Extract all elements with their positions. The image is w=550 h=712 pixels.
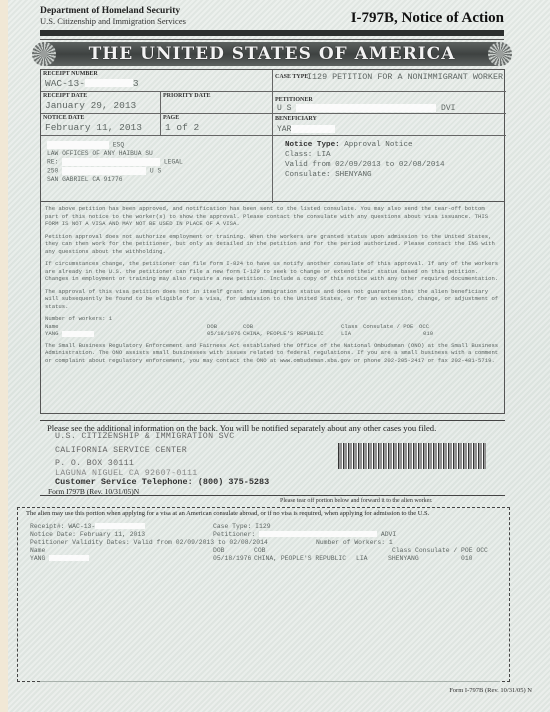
stub-worker-name: YANG <box>30 555 89 562</box>
service-center-block: Please see the additional information on… <box>40 420 505 496</box>
receipt-date: January 29, 2013 <box>45 100 136 111</box>
stub-notice-date: Notice Date: February 11, 2013 <box>30 531 145 538</box>
receipt-number-cell: RECEIPT NUMBER WAC-13-3 <box>41 70 273 92</box>
stub-case-type: Case Type: I129 <box>213 523 271 530</box>
notice-body: The above petition has been approved, an… <box>40 202 505 414</box>
rosette-icon <box>32 42 56 66</box>
header-thin-rule <box>40 39 504 40</box>
worker-row: YANG 05/18/1976 CHINA, PEOPLE'S REPUBLIC… <box>45 330 500 338</box>
footer-rule <box>40 681 500 682</box>
address-line: P. O. BOX 30111 <box>55 459 134 468</box>
tear-off-stub: The alien may use this portion when appl… <box>17 507 510 682</box>
beneficiary: YAR <box>277 125 335 134</box>
employment-paragraph: Petition approval does not authorize emp… <box>45 233 500 256</box>
status-paragraph: The approval of this visa petition does … <box>45 288 500 311</box>
notice-date-cell: NOTICE DATE February 11, 2013 <box>41 114 161 136</box>
case-type-cell: CASE TYPE I129 PETITION FOR A NONIMMIGRA… <box>273 70 506 92</box>
form-code: Form I797B (Rev. 10/31/05)N <box>48 487 139 496</box>
notice-date: February 11, 2013 <box>45 122 142 133</box>
paper-edge <box>0 0 8 712</box>
petitioner-cell: PETITIONER U S DVI <box>273 92 506 114</box>
stub-receipt: Receipt#: WAC-13- <box>30 523 145 530</box>
receipt-date-cell: RECEIPT DATE January 29, 2013 <box>41 92 161 114</box>
case-type: I129 PETITION FOR A NONIMMIGRANT WORKER <box>307 72 503 82</box>
ombudsman-paragraph: The Small Business Regulatory Enforcemen… <box>45 342 500 365</box>
workers-table: Number of workers: 1 Name DOB COB Class … <box>45 315 500 338</box>
stub-validity: Petitioner Validity Dates: Valid from 02… <box>30 539 268 546</box>
address-line: CALIFORNIA SERVICE CENTER <box>55 446 187 455</box>
stub-petitioner: Petitioner: ADVI <box>213 531 396 538</box>
notice-details: Notice Type: Approval Notice Class: LIA … <box>273 136 506 203</box>
receipt-number: WAC-13-3 <box>45 78 139 89</box>
agency-name: U.S. Citizenship and Immigration Service… <box>40 16 186 26</box>
attorney-address: ESQ LAW OFFICES OF ANY HAIBUA SU RE: LEG… <box>41 136 273 203</box>
address-line: U.S. CITIZENSHIP & IMMIGRATION SVC <box>55 432 234 441</box>
priority-date-cell: PRIORITY DATE <box>161 92 273 114</box>
customer-service-phone: Customer Service Telephone: (800) 375-52… <box>55 477 269 487</box>
approval-paragraph: The above petition has been approved, an… <box>45 205 500 228</box>
page-cell: PAGE 1 of 2 <box>161 114 273 136</box>
stub-workers: Number of Workers: 1 <box>316 539 393 546</box>
beneficiary-cell: BENEFICIARY YAR <box>273 114 506 136</box>
notice-document: Department of Homeland Security U.S. Cit… <box>0 0 550 712</box>
rosette-icon <box>488 42 512 66</box>
usa-banner: THE UNITED STATES OF AMERICA <box>36 42 508 66</box>
banner-text: THE UNITED STATES OF AMERICA <box>89 44 456 64</box>
form-title: I-797B, Notice of Action <box>351 10 504 27</box>
petitioner: U S DVI <box>277 104 455 113</box>
page-number: 1 of 2 <box>165 122 199 133</box>
department-name: Department of Homeland Security <box>40 6 180 16</box>
header-rule <box>40 30 504 36</box>
stub-note: The alien may use this portion when appl… <box>26 510 429 517</box>
barcode <box>338 443 486 469</box>
footer-form-code: Form I-797B (Rev. 10/31/05) N <box>449 687 532 694</box>
circumstances-paragraph: If circumstances change, the petitioner … <box>45 260 500 283</box>
case-fields: RECEIPT NUMBER WAC-13-3 CASE TYPE I129 P… <box>40 69 505 202</box>
tear-off-instruction: Please tear off portion below and forwar… <box>280 498 433 504</box>
